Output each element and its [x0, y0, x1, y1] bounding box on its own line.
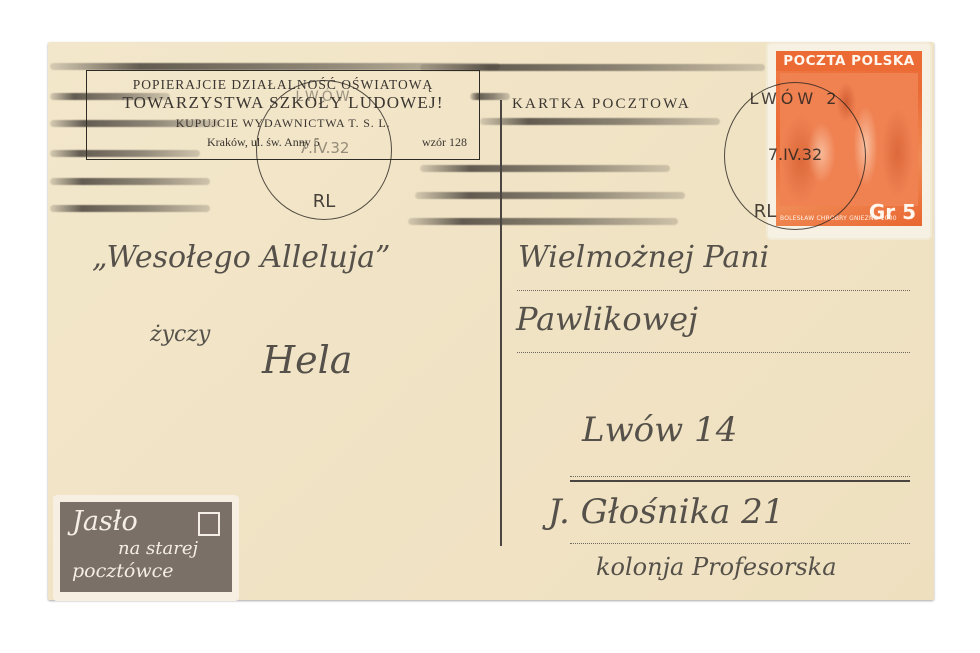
watermark-logo: Jasło na starej pocztówce [53, 495, 239, 601]
stamp-header: POCZTA POLSKA [776, 51, 922, 71]
advert-form-number: wzór 128 [422, 135, 467, 150]
address-line-5: kolonja Profesorska [596, 553, 837, 581]
watermark-subtitle-2: pocztówce [72, 560, 173, 582]
cancellation-line [408, 218, 678, 225]
address-dotted-line [517, 290, 910, 291]
stamp-value: Gr 5 [869, 200, 916, 224]
postmark-code: RL [665, 201, 865, 222]
cancellation-line [50, 205, 210, 212]
address-line-2: Pawlikowej [516, 300, 698, 338]
address-line-4: J. Głośnika 21 [548, 492, 784, 532]
cancellation-line [415, 192, 685, 199]
address-dotted-line [570, 476, 910, 477]
message-wishes: życzy [150, 322, 210, 347]
cancellation-line [480, 118, 720, 125]
watermark-subtitle-1: na starej [118, 538, 198, 559]
postmark-circle: LWÓW 2 7.IV.32 RL [724, 82, 866, 230]
address-solid-line [570, 480, 910, 482]
postmark-city: LWÓW [257, 89, 391, 105]
postmark-date: 7.IV.32 [257, 139, 391, 157]
watermark-title: Jasło [72, 506, 138, 537]
address-line-1: Wielmożnej Pani [518, 240, 769, 275]
postmark-code: RL [257, 191, 391, 212]
postmark-city: LWÓW 2 [725, 89, 865, 108]
address-dotted-line [570, 543, 910, 544]
message-greeting: „Wesołego Alleluja” [92, 240, 390, 275]
address-dotted-line [517, 352, 910, 353]
cancellation-line [420, 165, 670, 172]
center-divider [500, 100, 502, 546]
stamp-outline-icon [198, 512, 220, 536]
address-line-3: Lwów 14 [582, 410, 737, 450]
cancellation-line [50, 178, 210, 185]
message-signature: Hela [262, 338, 352, 382]
card-title: KARTKA POCZTOWA [512, 96, 691, 113]
postmark-date: 7.IV.32 [725, 145, 865, 164]
postmark-circle: LWÓW 7.IV.32 RL [256, 80, 392, 220]
